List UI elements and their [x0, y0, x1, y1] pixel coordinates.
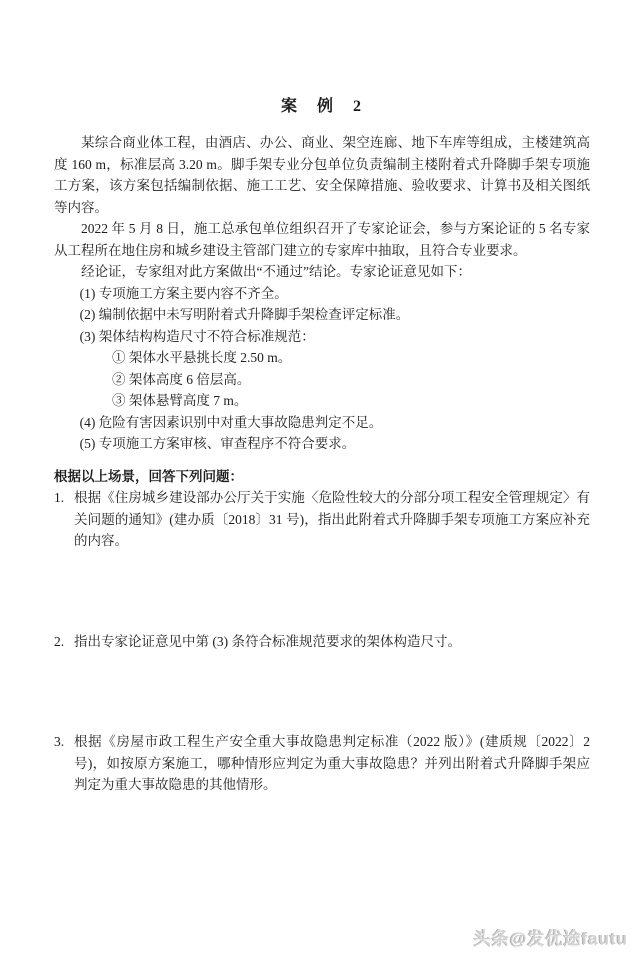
watermark-label: 头条@发优途fautu — [474, 924, 628, 949]
expert-opinion-3-sub-1: ① 架体水平悬挑长度 2.50 m。 — [54, 347, 590, 369]
expert-opinion-4: (4) 危险有害因素识别中对重大事故隐患判定不足。 — [54, 412, 590, 434]
expert-opinion-1: (1) 专项施工方案主要内容不齐全。 — [54, 283, 590, 305]
expert-opinion-3-sub-2: ② 架体高度 6 倍层高。 — [54, 369, 590, 391]
expert-opinion-5: (5) 专项施工方案审核、审查程序不符合要求。 — [54, 433, 590, 455]
expert-opinion-3-sub-3: ③ 架体悬臂高度 7 m。 — [54, 390, 590, 412]
question-3-text: 根据《房屋市政工程生产安全重大事故隐患判定标准（2022 版）》(建质规〔202… — [74, 731, 590, 796]
scenario-paragraph-1: 某综合商业体工程，由酒店、办公、商业、架空连廊、地下车库等组成，主楼建筑高度 1… — [54, 132, 590, 218]
question-2-number: 2. — [54, 631, 74, 653]
document-page: 案 例 2 某综合商业体工程，由酒店、办公、商业、架空连廊、地下车库等组成，主楼… — [0, 0, 640, 961]
questions-heading: 根据以上场景，回答下列问题： — [54, 466, 590, 488]
question-3-number: 3. — [54, 731, 74, 753]
expert-opinion-3: (3) 架体结构构造尺寸不符合标准规范： — [54, 326, 590, 348]
question-1-number: 1. — [54, 487, 74, 509]
case-title: 案 例 2 — [54, 96, 590, 118]
scenario-paragraph-2: 2022 年 5 月 8 日，施工总承包单位组织召开了专家论证会，参与方案论证的… — [54, 218, 590, 261]
question-3: 3. 根据《房屋市政工程生产安全重大事故隐患判定标准（2022 版）》(建质规〔… — [54, 731, 590, 796]
scenario-paragraph-3: 经论证，专家组对此方案做出“不通过”结论。专家论证意见如下： — [54, 261, 590, 283]
question-2-text: 指出专家论证意见中第 (3) 条符合标准规范要求的架体构造尺寸。 — [74, 631, 590, 653]
question-2: 2. 指出专家论证意见中第 (3) 条符合标准规范要求的架体构造尺寸。 — [54, 631, 590, 653]
question-1: 1. 根据《住房城乡建设部办公厅关于实施〈危险性较大的分部分项工程安全管理规定〉… — [54, 487, 590, 552]
expert-opinion-2: (2) 编制依据中未写明附着式升降脚手架检查评定标准。 — [54, 304, 590, 326]
question-1-text: 根据《住房城乡建设部办公厅关于实施〈危险性较大的分部分项工程安全管理规定〉有关问… — [74, 487, 590, 552]
document-content: 案 例 2 某综合商业体工程，由酒店、办公、商业、架空连廊、地下车库等组成，主楼… — [54, 96, 590, 796]
